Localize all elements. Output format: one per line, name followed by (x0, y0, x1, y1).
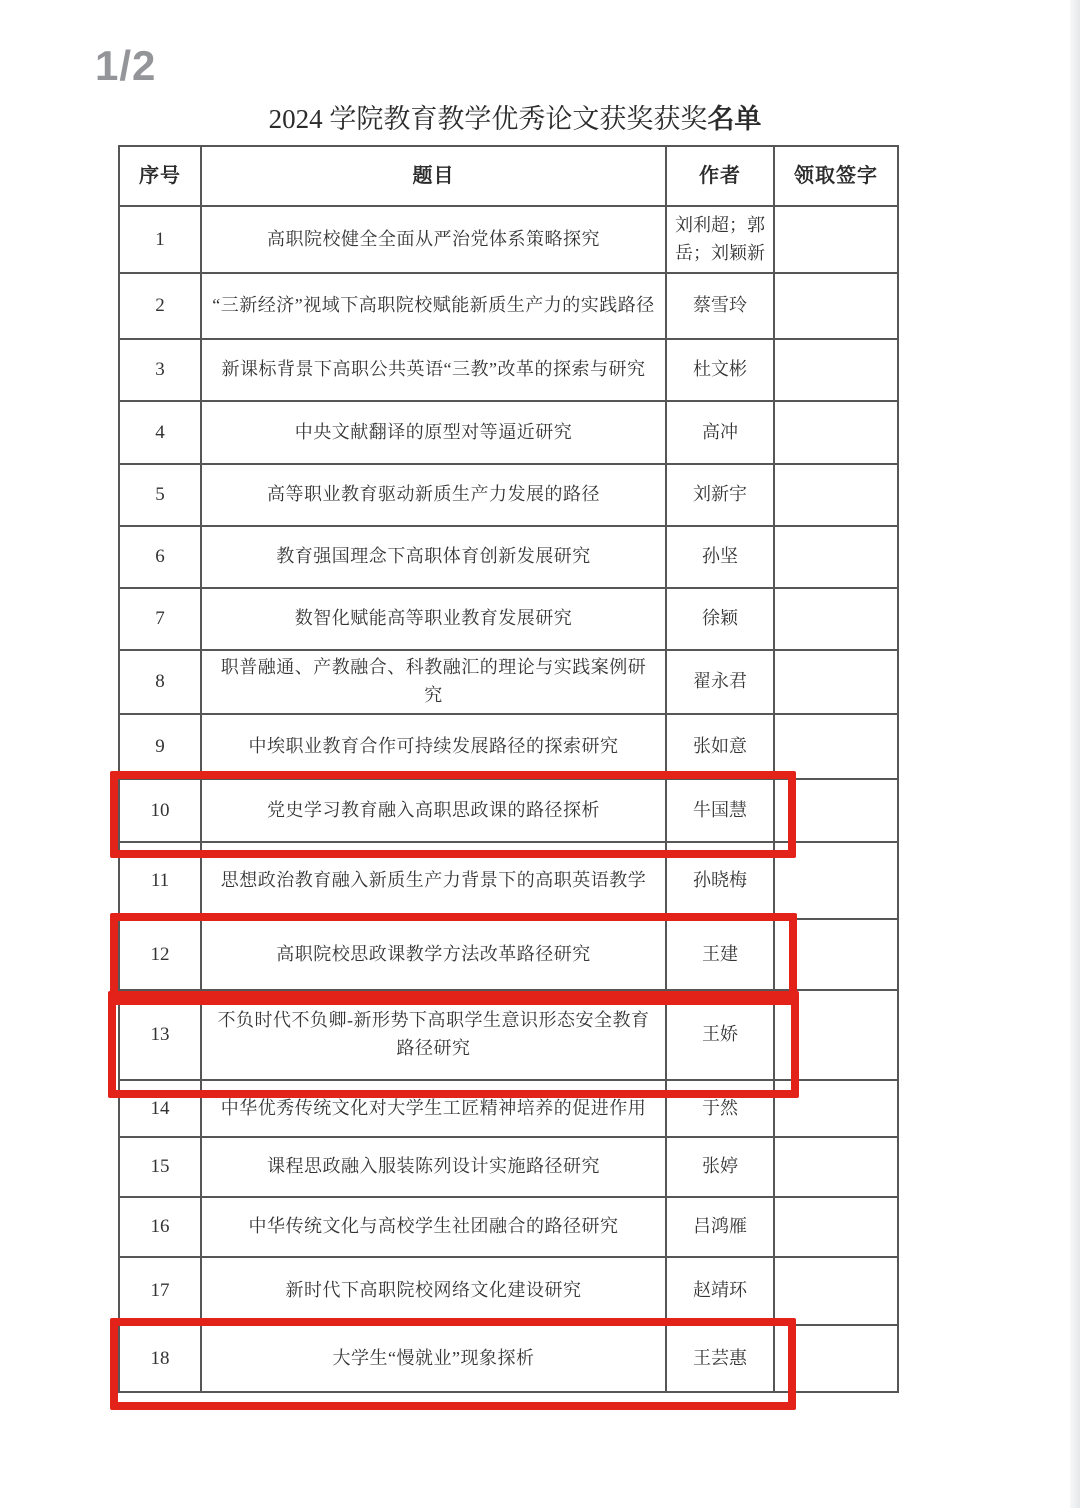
row-number-cell: 15 (119, 1137, 201, 1197)
table-row: 7 数智化赋能高等职业教育发展研究 徐颖 (119, 588, 898, 650)
author-cell: 刘新宇 (666, 464, 774, 526)
table-row-highlighted: 10 党史学习教育融入高职思政课的路径探析 牛国慧 (119, 779, 898, 842)
signature-cell (774, 990, 898, 1080)
title-cell: 教育强国理念下高职体育创新发展研究 (201, 526, 666, 588)
signature-cell (774, 464, 898, 526)
signature-cell (774, 1257, 898, 1325)
row-number-cell: 16 (119, 1197, 201, 1257)
award-list-table: 序号 题目 作者 领取签字 1 高职院校健全全面从严治党体系策略探究 刘利超；郭… (118, 145, 899, 1393)
title-cell: 中埃职业教育合作可持续发展路径的探索研究 (201, 714, 666, 779)
row-number-cell: 12 (119, 919, 201, 990)
table-row: 2 “三新经济”视域下高职院校赋能新质生产力的实践路径 蔡雪玲 (119, 273, 898, 339)
row-number-cell: 8 (119, 650, 201, 714)
page-title: 2024 学院教育教学优秀论文获奖获奖名单 (0, 97, 1030, 136)
row-number-cell: 6 (119, 526, 201, 588)
header-sign: 领取签字 (774, 146, 898, 206)
header-no: 序号 (119, 146, 201, 206)
author-cell: 蔡雪玲 (666, 273, 774, 339)
table-row: 3 新课标背景下高职公共英语“三教”改革的探索与研究 杜文彬 (119, 339, 898, 401)
signature-cell (774, 401, 898, 464)
title-cell: 中华优秀传统文化对大学生工匠精神培养的促进作用 (201, 1080, 666, 1137)
row-number-cell: 14 (119, 1080, 201, 1137)
table-row: 14 中华优秀传统文化对大学生工匠精神培养的促进作用 于然 (119, 1080, 898, 1137)
title-cell: 新课标背景下高职公共英语“三教”改革的探索与研究 (201, 339, 666, 401)
page-indicator: 1/2 (95, 42, 156, 90)
table-row: 15 课程思政融入服装陈列设计实施路径研究 张婷 (119, 1137, 898, 1197)
header-row: 序号 题目 作者 领取签字 (119, 146, 898, 206)
title-cell: “三新经济”视域下高职院校赋能新质生产力的实践路径 (201, 273, 666, 339)
signature-cell (774, 1325, 898, 1392)
author-cell: 于然 (666, 1080, 774, 1137)
table-row: 8 职普融通、产教融合、科教融汇的理论与实践案例研究 翟永君 (119, 650, 898, 714)
signature-cell (774, 588, 898, 650)
table-row: 5 高等职业教育驱动新质生产力发展的路径 刘新宇 (119, 464, 898, 526)
header-title: 题目 (201, 146, 666, 206)
table-row: 16 中华传统文化与高校学生社团融合的路径研究 吕鸿雁 (119, 1197, 898, 1257)
signature-cell (774, 779, 898, 842)
row-number-cell: 2 (119, 273, 201, 339)
author-cell: 孙坚 (666, 526, 774, 588)
table-row-highlighted: 12 高职院校思政课教学方法改革路径研究 王建 (119, 919, 898, 990)
author-cell: 杜文彬 (666, 339, 774, 401)
row-number-cell: 17 (119, 1257, 201, 1325)
title-cell: 大学生“慢就业”现象探析 (201, 1325, 666, 1392)
row-number-cell: 18 (119, 1325, 201, 1392)
signature-cell (774, 842, 898, 919)
title-cell: 中华传统文化与高校学生社团融合的路径研究 (201, 1197, 666, 1257)
signature-cell (774, 339, 898, 401)
row-number-cell: 7 (119, 588, 201, 650)
row-number-cell: 10 (119, 779, 201, 842)
page-title-suffix: 名单 (707, 104, 761, 134)
table-row-highlighted: 18 大学生“慢就业”现象探析 王芸惠 (119, 1325, 898, 1392)
header-author: 作者 (666, 146, 774, 206)
table-row: 9 中埃职业教育合作可持续发展路径的探索研究 张如意 (119, 714, 898, 779)
author-cell: 牛国慧 (666, 779, 774, 842)
row-number-cell: 9 (119, 714, 201, 779)
signature-cell (774, 206, 898, 273)
title-cell: 高等职业教育驱动新质生产力发展的路径 (201, 464, 666, 526)
author-cell: 吕鸿雁 (666, 1197, 774, 1257)
document-page: 1/2 2024 学院教育教学优秀论文获奖获奖名单 序号 题目 作者 领取签字 … (0, 0, 1080, 1508)
signature-cell (774, 919, 898, 990)
author-cell: 王娇 (666, 990, 774, 1080)
table-row: 4 中央文献翻译的原型对等逼近研究 高冲 (119, 401, 898, 464)
signature-cell (774, 714, 898, 779)
author-cell: 徐颖 (666, 588, 774, 650)
title-cell: 不负时代不负卿-新形势下高职学生意识形态安全教育路径研究 (201, 990, 666, 1080)
table-row-highlighted: 13 不负时代不负卿-新形势下高职学生意识形态安全教育路径研究 王娇 (119, 990, 898, 1080)
signature-cell (774, 1080, 898, 1137)
title-cell: 新时代下高职院校网络文化建设研究 (201, 1257, 666, 1325)
author-cell: 张如意 (666, 714, 774, 779)
photo-edge-shadow (1070, 0, 1080, 1508)
title-cell: 党史学习教育融入高职思政课的路径探析 (201, 779, 666, 842)
table-row: 6 教育强国理念下高职体育创新发展研究 孙坚 (119, 526, 898, 588)
signature-cell (774, 650, 898, 714)
table-row: 1 高职院校健全全面从严治党体系策略探究 刘利超；郭岳；刘颖新 (119, 206, 898, 273)
row-number-cell: 1 (119, 206, 201, 273)
row-number-cell: 5 (119, 464, 201, 526)
author-cell: 孙晓梅 (666, 842, 774, 919)
row-number-cell: 4 (119, 401, 201, 464)
signature-cell (774, 1137, 898, 1197)
author-cell: 赵靖环 (666, 1257, 774, 1325)
author-cell: 翟永君 (666, 650, 774, 714)
title-cell: 高职院校思政课教学方法改革路径研究 (201, 919, 666, 990)
title-cell: 职普融通、产教融合、科教融汇的理论与实践案例研究 (201, 650, 666, 714)
signature-cell (774, 273, 898, 339)
page-title-main: 2024 学院教育教学优秀论文获奖获奖 (269, 104, 708, 134)
title-cell: 思想政治教育融入新质生产力背景下的高职英语教学 (201, 842, 666, 919)
signature-cell (774, 526, 898, 588)
title-cell: 课程思政融入服装陈列设计实施路径研究 (201, 1137, 666, 1197)
author-cell: 高冲 (666, 401, 774, 464)
signature-cell (774, 1197, 898, 1257)
title-cell: 高职院校健全全面从严治党体系策略探究 (201, 206, 666, 273)
row-number-cell: 13 (119, 990, 201, 1080)
title-cell: 中央文献翻译的原型对等逼近研究 (201, 401, 666, 464)
table-row: 17 新时代下高职院校网络文化建设研究 赵靖环 (119, 1257, 898, 1325)
author-cell: 王芸惠 (666, 1325, 774, 1392)
author-cell: 刘利超；郭岳；刘颖新 (666, 206, 774, 273)
row-number-cell: 11 (119, 842, 201, 919)
row-number-cell: 3 (119, 339, 201, 401)
author-cell: 王建 (666, 919, 774, 990)
title-cell: 数智化赋能高等职业教育发展研究 (201, 588, 666, 650)
table-row: 11 思想政治教育融入新质生产力背景下的高职英语教学 孙晓梅 (119, 842, 898, 919)
author-cell: 张婷 (666, 1137, 774, 1197)
